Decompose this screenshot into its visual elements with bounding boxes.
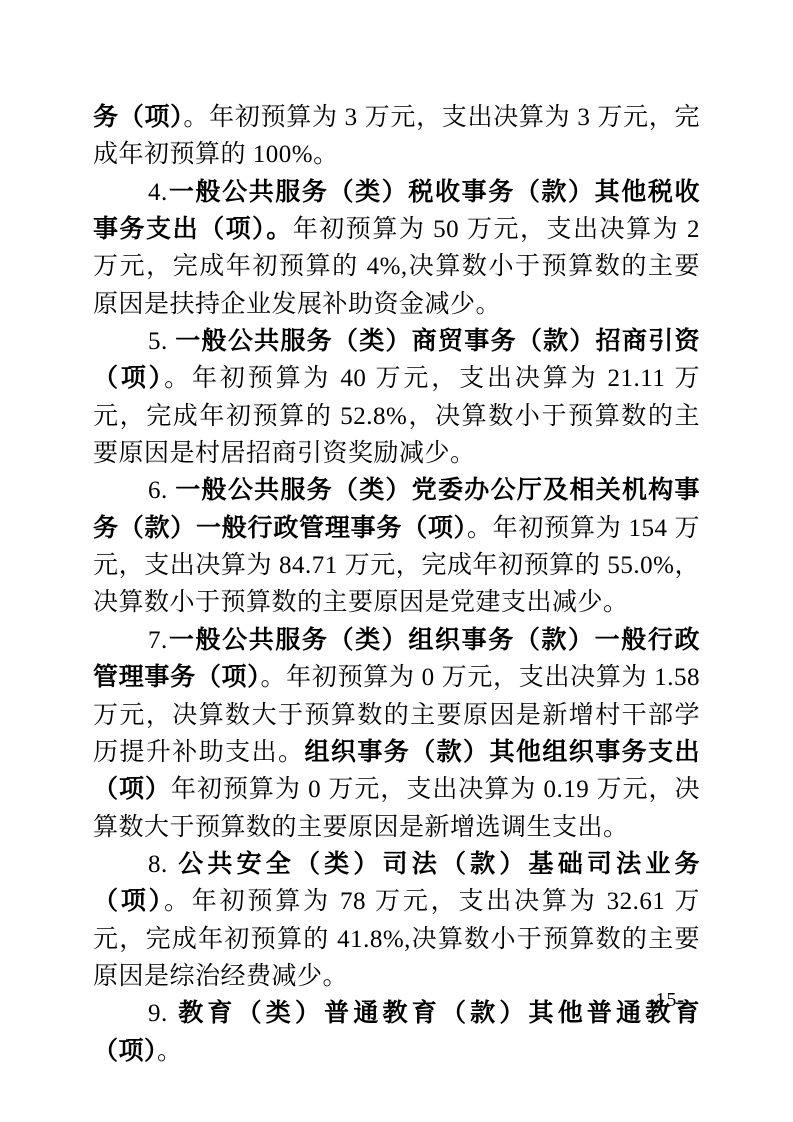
- text-run-bold: 教育（类）普通教育（款）其他普通教育（项）: [93, 1000, 700, 1064]
- document-page: 务（项）。年初预算为 3 万元，支出决算为 3 万元，完成年初预算的 100%。…: [0, 0, 793, 1122]
- text-run: 5.: [148, 328, 175, 355]
- paragraph: 4.一般公共服务（类）税收事务（款）其他税收事务支出（项）。年初预算为 50 万…: [93, 174, 700, 323]
- paragraph: 7.一般公共服务（类）组织事务（款）一般行政管理事务（项）。年初预算为 0 万元…: [93, 622, 700, 846]
- paragraph: 9. 教育（类）普通教育（款）其他普通教育（项）。: [93, 995, 700, 1070]
- text-run: 。年初预算为 78 万元，支出决算为 32.61 万元，完成年初预算的 41.8…: [93, 888, 700, 990]
- page-number: -15-: [648, 989, 685, 1011]
- text-run: 7.: [148, 627, 168, 654]
- paragraph: 8. 公共安全（类）司法（款）基础司法业务（项）。年初预算为 78 万元，支出决…: [93, 846, 700, 995]
- text-run: 。年初预算为 3 万元，支出决算为 3 万元，完成年初预算的 100%。: [93, 104, 700, 168]
- document-body: 务（项）。年初预算为 3 万元，支出决算为 3 万元，完成年初预算的 100%。…: [93, 99, 700, 1070]
- text-run-bold: 务（项）: [93, 104, 183, 131]
- paragraph: 5. 一般公共服务（类）商贸事务（款）招商引资（项）。年初预算为 40 万元，支…: [93, 323, 700, 472]
- text-run: 。年初预算为 40 万元，支出决算为 21.11 万元，完成年初预算的 52.8…: [93, 365, 700, 467]
- paragraph: 6. 一般公共服务（类）党委办公厅及相关机构事务（款）一般行政管理事务（项）。年…: [93, 472, 700, 621]
- text-run: 。: [157, 1038, 183, 1065]
- paragraph: 务（项）。年初预算为 3 万元，支出决算为 3 万元，完成年初预算的 100%。: [93, 99, 700, 174]
- text-run: 8.: [148, 851, 178, 878]
- text-run: 年初预算为 0 万元，支出决算为 0.19 万元，决算数大于预算数的主要原因是新…: [93, 776, 700, 840]
- text-run: 4.: [148, 179, 168, 206]
- text-run: 6.: [148, 477, 175, 504]
- text-run: 9.: [148, 1000, 178, 1027]
